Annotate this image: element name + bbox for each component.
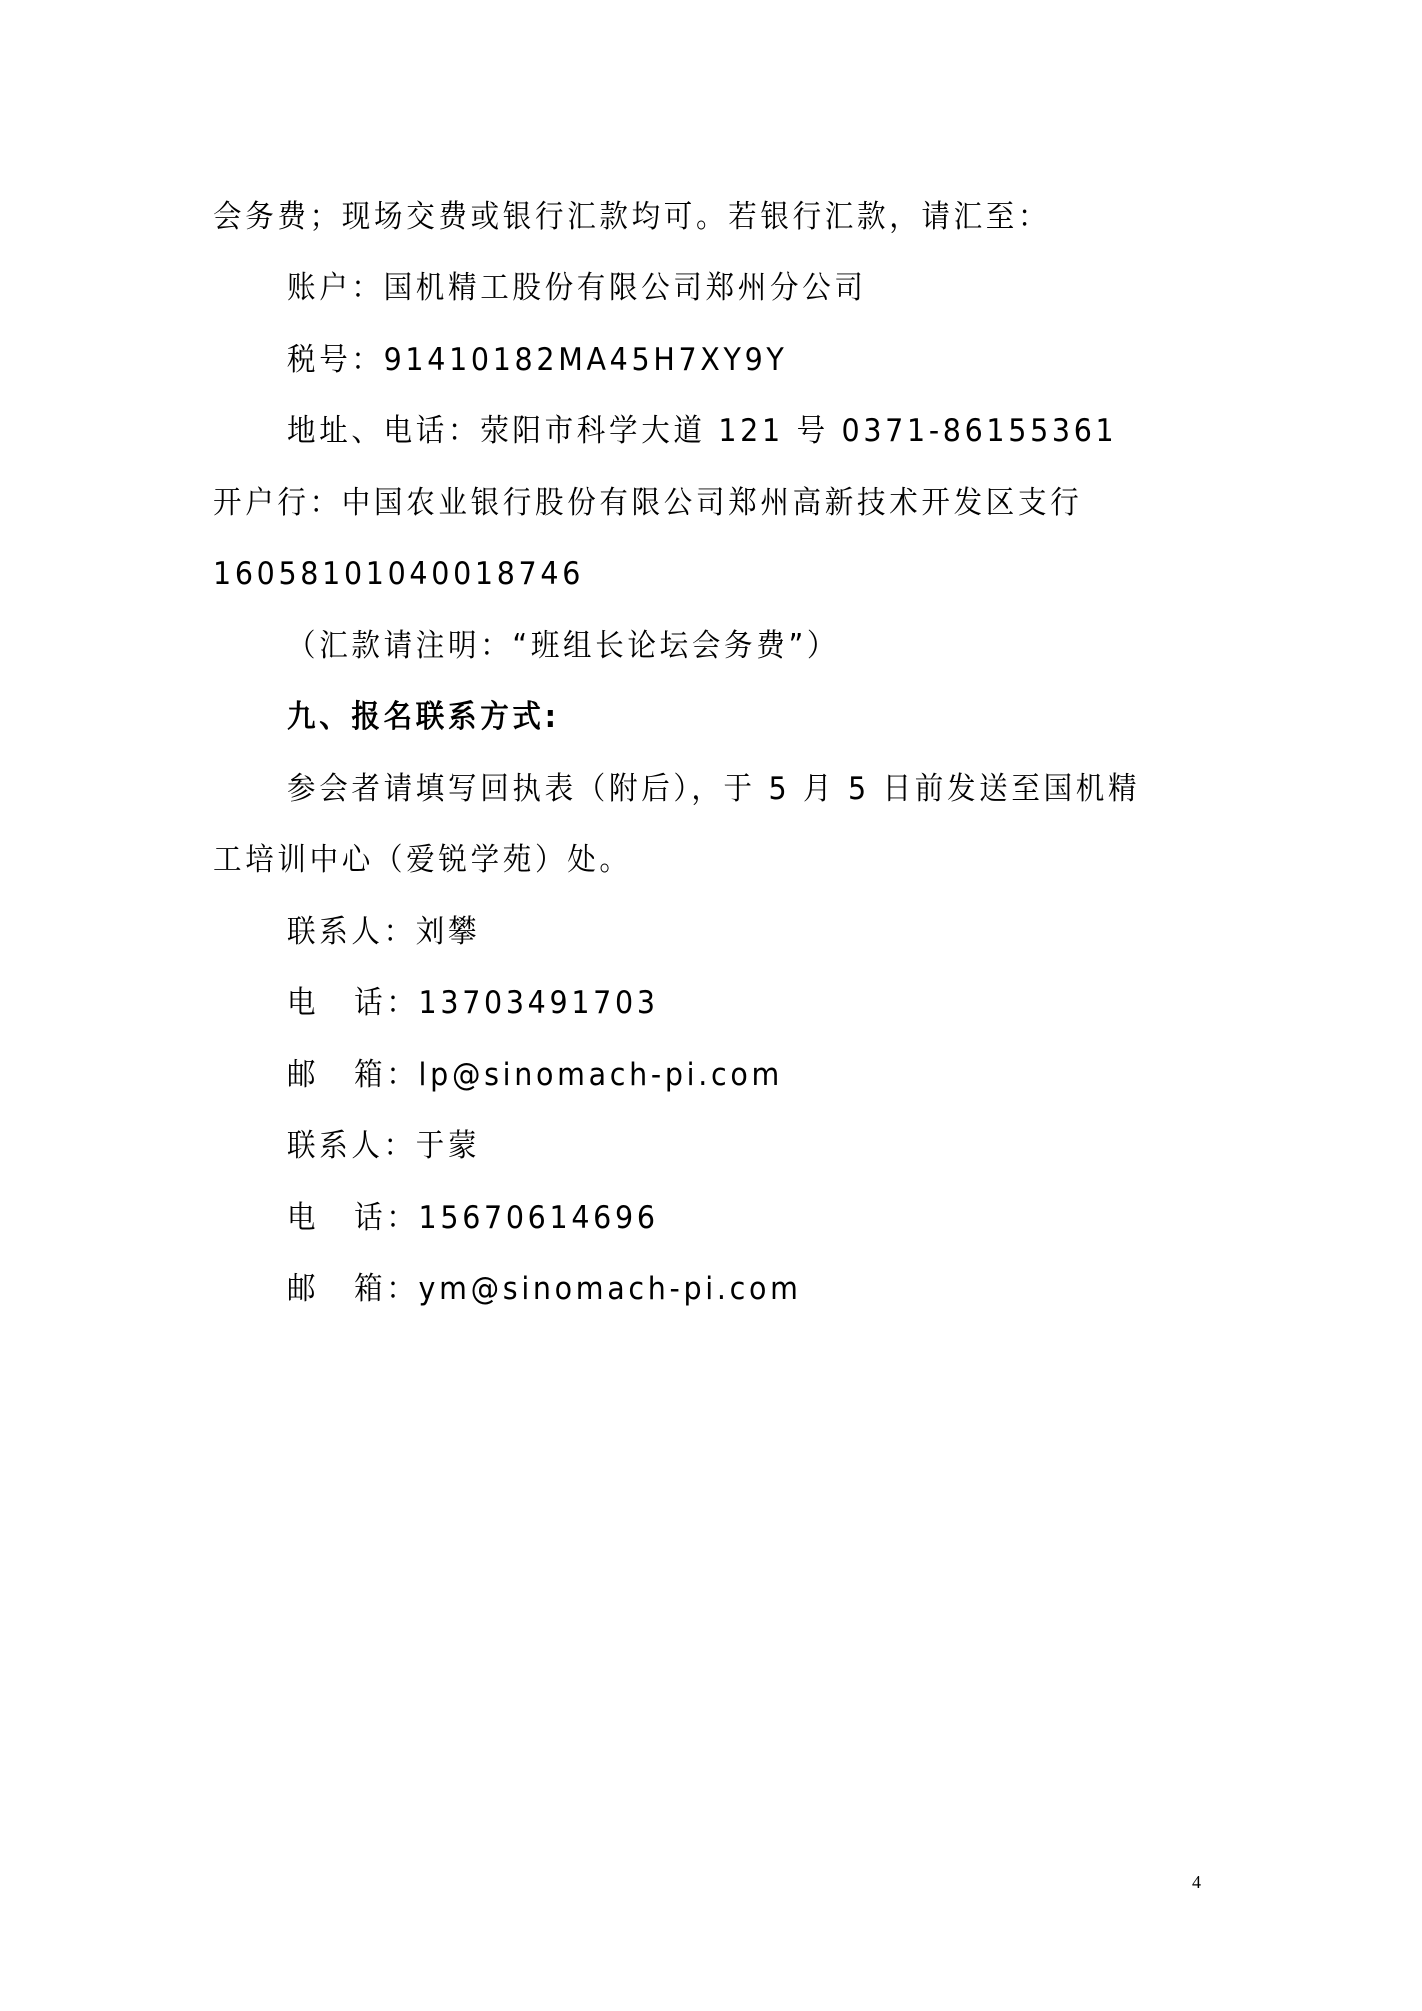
contact-person-line: 联系人：刘攀 — [287, 912, 480, 952]
account-line: 账户：国机精工股份有限公司郑州分公司 — [287, 268, 867, 308]
phone-label-part-1: 电 — [287, 985, 319, 1021]
remittance-note: （汇款请注明：“班组长论坛会务费”） — [287, 626, 839, 666]
contact-email-line: 邮箱：lp@sinomach-pi.com — [287, 1055, 783, 1095]
contact-email: ym@sinomach-pi.com — [419, 1271, 802, 1307]
contact-phone: 13703491703 — [419, 985, 659, 1021]
phone-label-part-2: 话： — [354, 1200, 418, 1236]
document-page: 会务费；现场交费或银行汇款均可。若银行汇款，请汇至： 账户：国机精工股份有限公司… — [0, 0, 1422, 2011]
page-number: 4 — [1192, 1872, 1201, 1892]
contact-phone-line: 电话：13703491703 — [287, 983, 659, 1023]
contact-phone-line: 电话：15670614696 — [287, 1198, 659, 1238]
contact-name: 刘攀 — [416, 914, 480, 950]
contact-email-line: 邮箱：ym@sinomach-pi.com — [287, 1269, 802, 1309]
email-label-part-1: 邮 — [287, 1057, 319, 1093]
bank-account-number: 16058101040018746 — [213, 554, 584, 594]
contact-phone: 15670614696 — [419, 1200, 659, 1236]
contact-name: 于蒙 — [416, 1128, 480, 1164]
contact-label: 联系人： — [287, 914, 416, 950]
section-heading-registration-contact: 九、报名联系方式: — [287, 697, 560, 737]
contact-email: lp@sinomach-pi.com — [419, 1057, 783, 1093]
phone-label-part-1: 电 — [287, 1200, 319, 1236]
tax-id-line: 税号：91410182MA45H7XY9Y — [287, 340, 788, 380]
fee-payment-line: 会务费；现场交费或银行汇款均可。若银行汇款，请汇至： — [213, 197, 1050, 237]
registration-instruction-line-2: 工培训中心（爱锐学苑）处。 — [213, 840, 632, 880]
email-label-part-1: 邮 — [287, 1271, 319, 1307]
address-phone-line: 地址、电话：荥阳市科学大道 121 号 0371-86155361 — [287, 411, 1117, 451]
contact-person-line: 联系人：于蒙 — [287, 1126, 480, 1166]
contact-label: 联系人： — [287, 1128, 416, 1164]
bank-line: 开户行：中国农业银行股份有限公司郑州高新技术开发区支行 — [213, 483, 1082, 523]
email-label-part-2: 箱： — [354, 1271, 418, 1307]
phone-label-part-2: 话： — [354, 985, 418, 1021]
email-label-part-2: 箱： — [354, 1057, 418, 1093]
registration-instruction-line-1: 参会者请填写回执表（附后），于 5 月 5 日前发送至国机精 — [287, 769, 1140, 809]
